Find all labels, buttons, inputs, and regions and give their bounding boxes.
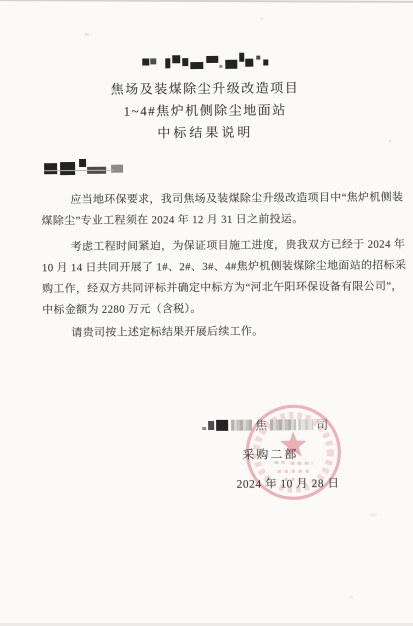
body-p2-line3: 购工作，经双方共同评标并确定中标方为“河北午阳环保设备有限公司”，	[42, 277, 403, 296]
paper-speck	[389, 140, 392, 143]
document-content: 焦场及装煤除尘升级改造项目 1~4#焦炉机侧除尘地面站 中标结果说明 应当地环保…	[0, 0, 413, 626]
body-p2-line4: 中标金额为 2280 万元（含税）。	[42, 300, 202, 317]
paper-speck	[369, 513, 377, 517]
paper-speck	[84, 32, 90, 37]
company-fragment-si: 司	[316, 416, 328, 433]
body-p2-line2: 10 月 14 日共同开展了 1#、2#、3#、4#焦炉机侧装煤除尘地面站的招标…	[42, 256, 406, 275]
redacted-company-line: 焦 司	[202, 417, 328, 433]
redacted-title-line	[0, 49, 411, 70]
paper-speck	[348, 596, 353, 598]
body-p2-line1: 考虑工程时间紧迫，为保证项目施工进度，贵我双方已经于 2024 年	[42, 235, 406, 254]
title-project-line: 焦场及装煤除尘升级改造项目	[0, 76, 412, 98]
body-p1-line1: 应当地环保要求，我司焦场及装煤除尘升级改造项目中“焦炉机侧装	[41, 188, 403, 207]
company-fragment-jiao: 焦	[255, 417, 267, 434]
body-p1-line2: 煤除尘”专业工程须在 2024 年 12 月 31 日之前投运。	[41, 210, 303, 228]
title-subject-line: 中标结果说明	[0, 120, 412, 142]
redacted-addressee	[44, 157, 123, 176]
signature-date: 2024 年 10 月 28 日	[237, 475, 340, 492]
body-p3-line1: 请贵司按上述定标结果开展后续工作。	[42, 323, 263, 341]
paper-speck	[260, 18, 264, 20]
title-station-line: 1~4#焦炉机侧除尘地面站	[0, 98, 412, 120]
scanned-document-page: 焦场及装煤除尘升级改造项目 1~4#焦炉机侧除尘地面站 中标结果说明 应当地环保…	[0, 0, 413, 626]
signature-department: 采购二部	[242, 445, 298, 462]
